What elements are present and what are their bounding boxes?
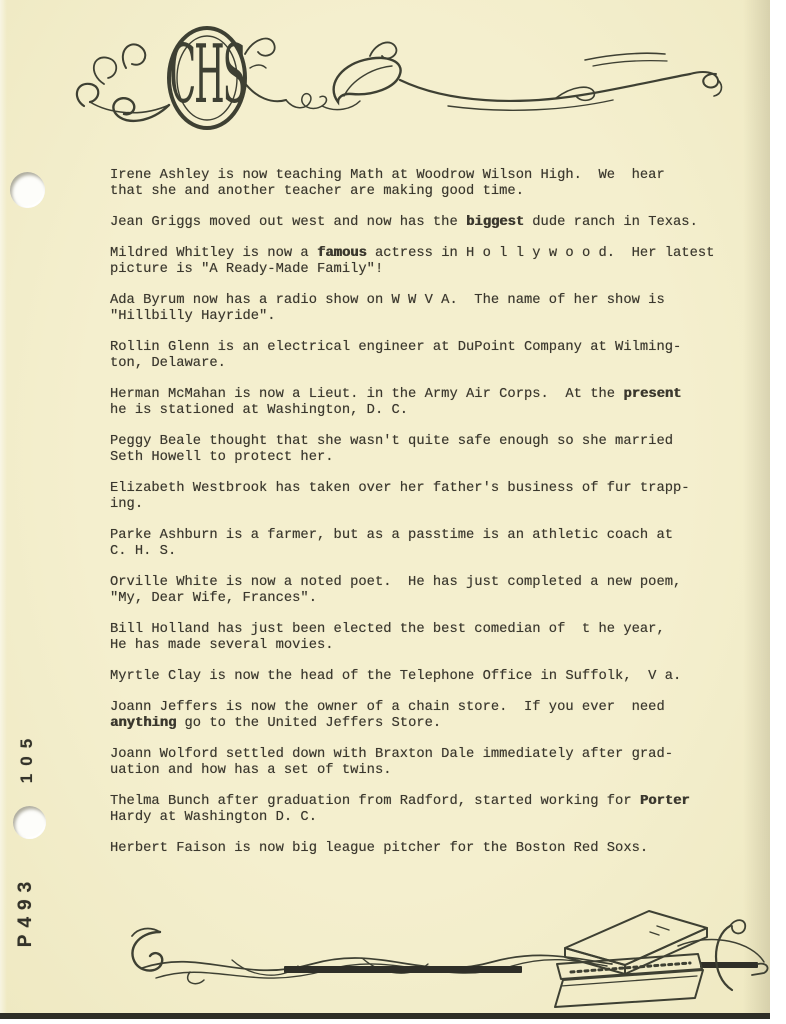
paragraph: Elizabeth Westbrook has taken over her f… (110, 481, 770, 513)
footer-ribbon-icon (142, 939, 764, 983)
scanned-page: CHS (0, 0, 786, 1024)
typewritten-text-block: Irene Ashley is now teaching Math at Woo… (110, 168, 770, 872)
header-sweep-icon (400, 53, 721, 110)
paragraph: Joann Jeffers is now the owner of a chai… (110, 700, 770, 732)
paragraph: Peggy Beale thought that she wasn't quit… (110, 434, 770, 466)
punch-hole-bottom (13, 806, 46, 839)
footer-right-curl-icon (716, 920, 768, 990)
paragraph: Joann Wolford settled down with Braxton … (110, 747, 770, 779)
paragraph: Orville White is now a noted poet. He ha… (110, 575, 770, 607)
paragraph: Herman McMahan is now a Lieut. in the Ar… (110, 387, 770, 419)
margin-code-page-number: 105 (17, 731, 37, 783)
footer-thick-bar-left (284, 966, 522, 973)
paragraph: Ada Byrum now has a radio show on W W V … (110, 293, 770, 325)
paragraph: Mildred Whitley is now a famous actress … (110, 246, 770, 278)
header-flourish-icon: CHS (68, 10, 774, 138)
paragraph: Bill Holland has just been elected the b… (110, 622, 770, 654)
header-leaf-icon (334, 42, 401, 102)
header-vine-icon (244, 39, 360, 110)
footer-thick-bar-right (700, 962, 758, 968)
yearbook-page: CHS (0, 0, 770, 1019)
paragraph: Parke Ashburn is a farmer, but as a pass… (110, 528, 770, 560)
paragraph: Irene Ashley is now teaching Math at Woo… (110, 168, 770, 200)
margin-code-catalog: P493 (15, 875, 37, 947)
punch-hole-top (10, 172, 45, 208)
header-left-curls-icon (77, 44, 169, 121)
paragraph: Jean Griggs moved out west and now has t… (110, 215, 770, 231)
paragraph: Myrtle Clay is now the head of the Telep… (110, 669, 770, 685)
footer-flourish-icon (112, 902, 772, 1012)
paragraph: Rollin Glenn is an electrical engineer a… (110, 340, 770, 372)
paragraph: Herbert Faison is now big league pitcher… (110, 841, 770, 857)
chs-monogram-text: CHS (169, 27, 244, 122)
paragraph: Thelma Bunch after graduation from Radfo… (110, 794, 770, 826)
